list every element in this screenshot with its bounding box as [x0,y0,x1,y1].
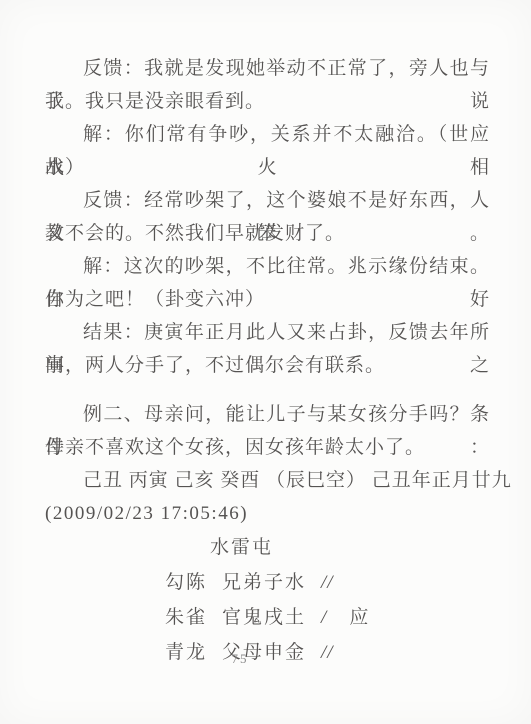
paragraph-interpretation-2-line-1: 解：这次的吵架，不比往常。兆示缘份结束。你好 [45,250,490,283]
divination-timestamp: (2009/02/23 17:05:46) [45,497,490,530]
paragraph-feedback-2-line-1: 反馈：经常吵架了，这个婆娘不是好东西，人又笨。 [45,184,490,217]
scanned-book-page: 反馈：我就是发现她举动不正常了，旁人也与我说 了。我只是没亲眼看到。 解：你们常… [0,0,531,724]
hexagram-name: 水雷屯 [45,530,490,565]
six-spirit-label: 朱雀 [165,600,207,635]
paragraph-feedback-1-line-1: 反馈：我就是发现她举动不正常了，旁人也与我说 [45,52,490,85]
four-pillars-dateline: 己丑 丙寅 己亥 癸酉 （辰巳空） 己丑年正月廿九 [45,464,490,497]
yao-mark: / [321,600,327,635]
hexagram-line-row: 勾陈 兄弟子水 // [45,565,490,600]
six-spirit-label: 青龙 [165,635,207,670]
six-spirit-label: 勾陈 [165,565,207,600]
paragraph-example-2-line-2: 母亲不喜欢这个女孩，因女孩年龄太小了。 [45,431,490,464]
paragraph-result-line-1: 结果：庚寅年正月此人又来占卦，反馈去年所问之 [45,316,490,349]
paragraph-interpretation-1-line-1: 解：你们常有争吵，关系并不太融洽。（世应水火相 [45,118,490,151]
body-text: 反馈：我就是发现她举动不正常了，旁人也与我说 了。我只是没亲眼看到。 解：你们常… [45,52,490,670]
hexagram-line-text: 官鬼戌土 [222,600,306,635]
yao-mark: // [321,635,334,670]
yao-tag-ying: 应 [349,600,370,635]
hexagram-line-row: 朱雀 官鬼戌土 / 应 [45,600,490,635]
hexagram-line-text: 兄弟子水 [222,565,306,600]
page-number: 75 [210,651,270,667]
yao-mark: // [321,565,334,600]
paragraph-example-2-line-1: 例二、母亲问，能让儿子与某女孩分手吗？条件： [45,398,490,431]
